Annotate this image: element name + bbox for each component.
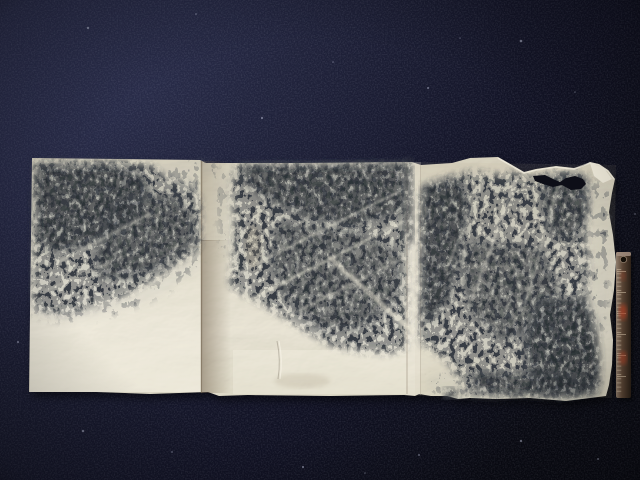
vignette-overlay: [0, 0, 640, 480]
photograph: [0, 0, 640, 480]
photo-canvas: [0, 0, 640, 480]
